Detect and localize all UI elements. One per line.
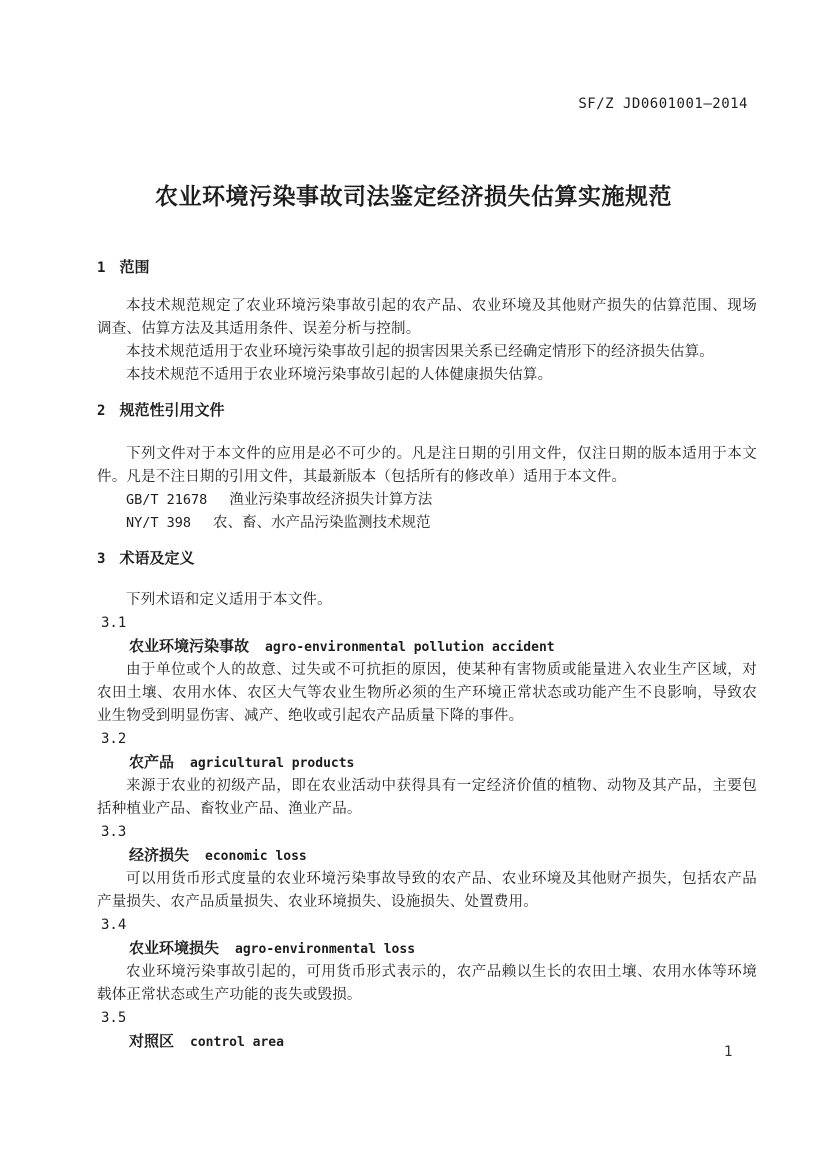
term-number: 3.2 [101,728,757,751]
term-block: 3.4 农业环境损失agro-environmental loss [97,914,757,961]
term-block: 3.2 农产品agricultural products [97,728,757,775]
section-normative-references: 2规范性引用文件 下列文件对于本文件的应用是必不可少的。凡是注日期的引用文件，仅… [97,400,757,535]
section-number: 3 [97,551,105,567]
section-scope-heading: 1范围 [97,257,757,278]
standard-code: SF/Z JD0601001—2014 [578,96,748,112]
term-name-en: economic loss [205,849,307,864]
term-name-zh: 农业环境污染事故 [129,637,249,655]
scope-paragraph-1: 本技术规范规定了农业环境污染事故引起的农产品、农业环境及其他财产损失的估算范围、… [97,295,757,341]
section-number: 1 [97,260,105,276]
term-definition: 农业环境污染事故引起的，可用货币形式表示的，农产品赖以生长的农田土壤、农用水体等… [97,961,757,1007]
section-terms-heading: 3术语及定义 [97,548,757,569]
term-title: 农业环境损失agro-environmental loss [129,937,757,961]
term-3-3: 3.3 经济损失economic loss 可以用货币形式度量的农业环境污染事故… [97,821,757,914]
term-definition: 由于单位或个人的故意、过失或不可抗拒的原因，使某种有害物质或能量进入农业生产区域… [97,659,757,728]
reference-item-2: NY/T 398农、畜、水产品污染监测技术规范 [97,512,757,535]
terms-intro-paragraph: 下列术语和定义适用于本文件。 [97,589,757,612]
term-block: 3.5 对照区control area [97,1007,757,1054]
term-name-en: control area [190,1035,284,1050]
term-3-2: 3.2 农产品agricultural products 来源于农业的初级产品，… [97,728,757,821]
term-name-zh: 农产品 [129,753,174,771]
term-title: 农产品agricultural products [129,751,757,775]
term-3-4: 3.4 农业环境损失agro-environmental loss 农业环境污染… [97,914,757,1007]
term-definition: 可以用货币形式度量的农业环境污染事故导致的农产品、农业环境及其他财产损失，包括农… [97,868,757,914]
term-3-5: 3.5 对照区control area [97,1007,757,1054]
reference-code: GB/T 21678 [126,492,207,508]
term-3-1: 3.1 农业环境污染事故agro-environmental pollution… [97,612,757,728]
section-heading-text: 术语及定义 [119,549,194,567]
reference-title: 渔业污染事故经济损失计算方法 [229,492,432,508]
term-block: 3.1 农业环境污染事故agro-environmental pollution… [97,612,757,659]
term-number: 3.4 [101,914,757,937]
section-terms-definitions: 3术语及定义 下列术语和定义适用于本文件。 3.1 农业环境污染事故agro-e… [97,548,757,1054]
term-definition: 来源于农业的初级产品，即在农业活动中获得具有一定经济价值的植物、动物及其产品，主… [97,775,757,821]
term-name-en: agro-environmental loss [235,942,415,957]
term-name-en: agricultural products [190,756,354,771]
document-body: 1范围 本技术规范规定了农业环境污染事故引起的农产品、农业环境及其他财产损失的估… [0,257,827,1054]
section-heading-text: 规范性引用文件 [119,401,224,419]
term-number: 3.5 [101,1007,757,1030]
term-name-zh: 对照区 [129,1032,174,1050]
term-title: 农业环境污染事故agro-environmental pollution acc… [129,635,757,659]
page-number: 1 [724,1044,733,1060]
section-heading-text: 范围 [119,258,149,276]
term-title: 对照区control area [129,1030,757,1054]
scope-paragraph-3: 本技术规范不适用于农业环境污染事故引起的人体健康损失估算。 [97,364,757,387]
section-scope: 1范围 本技术规范规定了农业环境污染事故引起的农产品、农业环境及其他财产损失的估… [97,257,757,387]
term-block: 3.3 经济损失economic loss [97,821,757,868]
term-name-zh: 经济损失 [129,846,189,864]
references-intro-paragraph: 下列文件对于本文件的应用是必不可少的。凡是注日期的引用文件，仅注日期的版本适用于… [97,443,757,489]
term-number: 3.1 [101,612,757,635]
scope-paragraph-2: 本技术规范适用于农业环境污染事故引起的损害因果关系已经确定情形下的经济损失估算。 [97,341,757,364]
reference-item-1: GB/T 21678渔业污染事故经济损失计算方法 [97,489,757,512]
section-number: 2 [97,403,105,419]
term-number: 3.3 [101,821,757,844]
term-title: 经济损失economic loss [129,844,757,868]
document-page: SF/Z JD0601001—2014 农业环境污染事故司法鉴定经济损失估算实施… [0,0,827,1169]
term-name-zh: 农业环境损失 [129,939,219,957]
section-references-heading: 2规范性引用文件 [97,400,757,421]
reference-title: 农、畜、水产品污染监测技术规范 [213,515,431,531]
term-name-en: agro-environmental pollution accident [265,640,555,655]
reference-code: NY/T 398 [126,515,191,531]
